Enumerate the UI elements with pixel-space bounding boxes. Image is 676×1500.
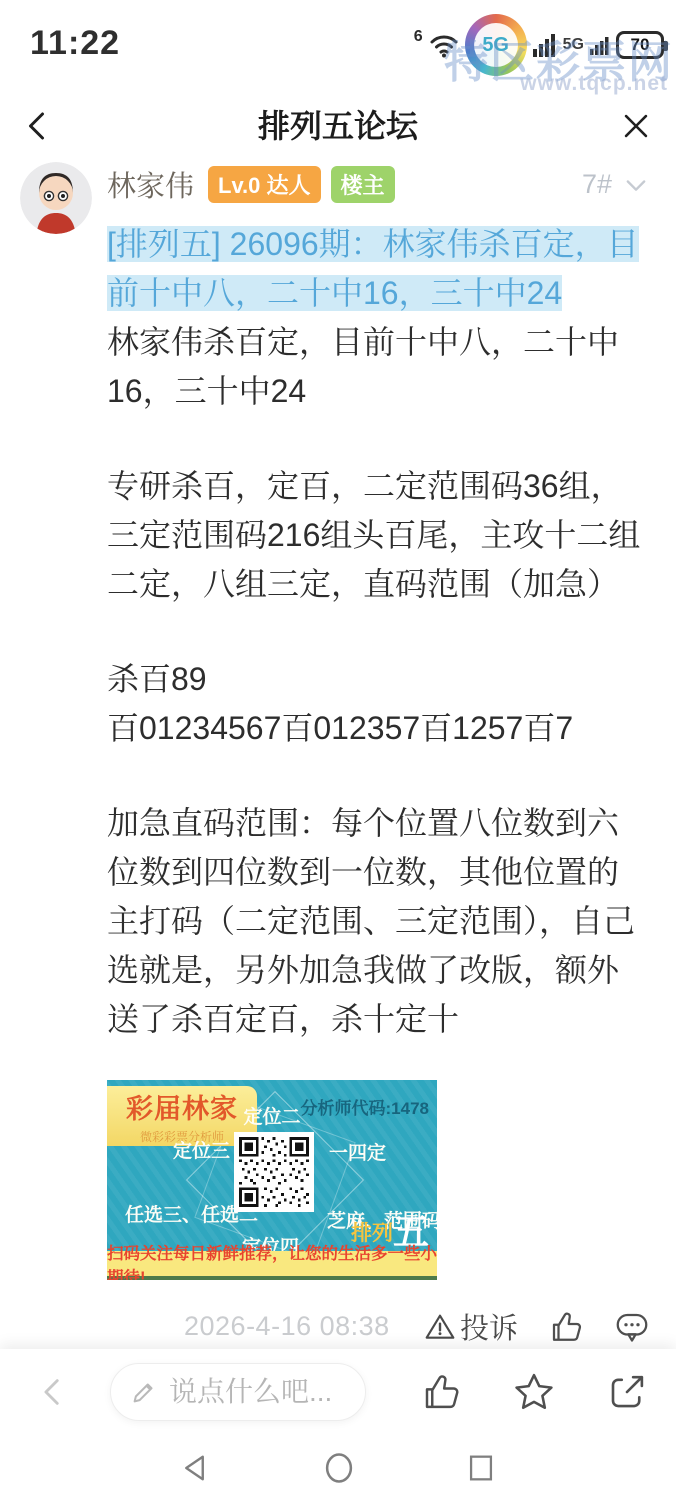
role-badge: 楼主	[331, 166, 395, 203]
post-timestamp: 2026-4-16 08:38	[184, 1311, 390, 1342]
battery-icon: 70	[616, 31, 664, 59]
avatar[interactable]	[20, 162, 92, 234]
post-paragraph: 加急直码范围：每个位置八位数到六位数到四位数到一位数，其他位置的主打码（二定范围…	[107, 799, 650, 1044]
promo-label: 一四定	[329, 1138, 386, 1165]
close-icon[interactable]	[614, 104, 658, 148]
network-type-label: 5G	[563, 36, 584, 54]
comment-bubble-icon[interactable]	[614, 1309, 650, 1345]
comment-input-pill[interactable]	[110, 1363, 366, 1421]
signal-bars-icon	[533, 31, 557, 59]
star-icon[interactable]	[512, 1370, 556, 1414]
thumbs-up-icon[interactable]	[420, 1371, 462, 1413]
wifi-icon	[429, 32, 459, 58]
analyst-code: 分析师代码:1478	[301, 1094, 429, 1119]
share-icon[interactable]	[606, 1371, 648, 1413]
back-chevron-icon[interactable]	[16, 104, 60, 148]
back-chevron-icon[interactable]	[36, 1375, 70, 1409]
promo-image[interactable]: 彩届林家 微彩彩票分析师 分析师代码:1478 定位二 定位三 一四定 任选三、…	[107, 1080, 437, 1280]
post-paragraph: 林家伟杀百定，目前十中八，二十中16，三十中24	[107, 318, 650, 416]
floor-indicator[interactable]: 7#	[582, 169, 650, 200]
comment-bar	[0, 1349, 676, 1435]
promo-brand-name: 彩届林家	[126, 1087, 238, 1126]
promo-label: 定位二	[243, 1102, 300, 1129]
thumbs-up-icon[interactable]	[548, 1309, 584, 1345]
clock: 11:22	[30, 24, 120, 63]
status-bar: 11:22 6 5G 5G	[0, 0, 676, 90]
android-navbar	[0, 1435, 676, 1500]
comment-input[interactable]	[169, 1376, 347, 1408]
5g-watermark-logo: 5G	[465, 14, 527, 76]
page-title: 排列五论坛	[258, 101, 418, 147]
post: 林家伟 Lv.0 达人 楼主 7# [排列五] 26096期：林家伟杀百定，目前…	[0, 164, 676, 1347]
floor-number: 7#	[582, 169, 612, 200]
nav-back-icon[interactable]	[178, 1450, 214, 1486]
post-paragraph: 专研杀百，定百，二定范围码36组，三定范围码216组头百尾，主攻十二组二定，八组…	[107, 462, 650, 609]
post-title: [排列五] 26096期：林家伟杀百定，目前十中八，二十中16，三十中24	[107, 220, 650, 318]
promo-footer-slogan: 扫码关注每日新鲜推荐，让您的生活多一些小期待!	[107, 1251, 437, 1280]
post-paragraph: 杀百89 百01234567百012357百1257百7	[107, 655, 650, 753]
app-header: 排列五论坛	[0, 90, 676, 158]
nav-recents-icon[interactable]	[464, 1451, 498, 1485]
promo-label: 定位三	[173, 1136, 230, 1163]
pencil-icon	[129, 1377, 159, 1407]
report-button[interactable]: 投诉	[424, 1306, 518, 1347]
chevron-down-icon	[622, 171, 650, 199]
signal-bars-icon	[590, 33, 610, 57]
level-badge: Lv.0 达人	[208, 166, 321, 203]
qr-code	[234, 1132, 314, 1212]
post-author-name[interactable]: 林家伟	[107, 164, 194, 205]
warning-icon	[424, 1311, 456, 1343]
nav-home-icon[interactable]	[320, 1449, 358, 1487]
volte-badge: 6	[414, 28, 423, 46]
